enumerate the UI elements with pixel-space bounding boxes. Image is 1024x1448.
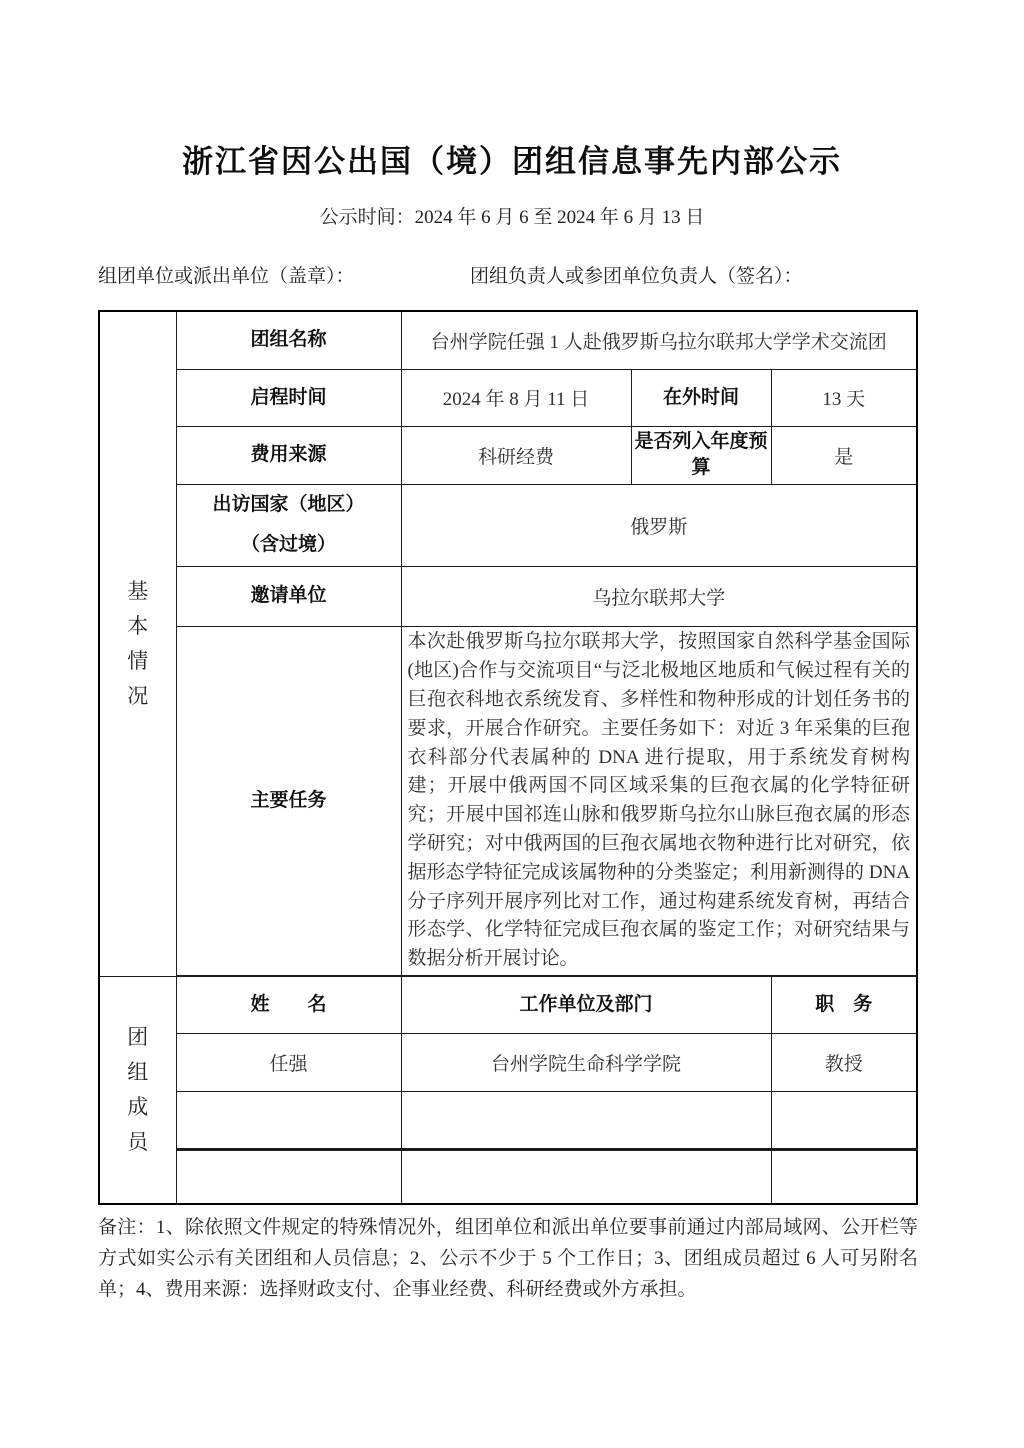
leader-signature-label: 团组负责人或参团单位负责人（签名）： xyxy=(470,261,803,288)
days-abroad-value: 13 天 xyxy=(771,369,917,426)
member-row xyxy=(99,1149,917,1204)
destination-label-line1: 出访国家（地区） xyxy=(177,485,401,525)
member-name xyxy=(176,1091,401,1149)
info-table: 基本情况 团组名称 台州学院任强 1 人赴俄罗斯乌拉尔联邦大学学术交流团 启程时… xyxy=(98,310,918,1205)
organizer-seal-label: 组团单位或派出单位（盖章）： xyxy=(98,261,355,288)
member-title xyxy=(771,1149,917,1204)
departure-date-label: 启程时间 xyxy=(176,369,401,426)
basic-info-vertical-text: 基本情况 xyxy=(126,574,149,714)
member-row xyxy=(99,1091,917,1149)
row-funding: 费用来源 科研经费 是否列入年度预算 是 xyxy=(99,426,917,484)
annual-budget-label: 是否列入年度预算 xyxy=(631,426,771,484)
destination-label-line2: （含过境） xyxy=(177,525,401,565)
member-title xyxy=(771,1091,917,1149)
member-header-title: 职 务 xyxy=(771,976,917,1033)
group-name-label: 团组名称 xyxy=(176,311,401,369)
destination-value: 俄罗斯 xyxy=(401,484,917,566)
row-departure: 启程时间 2024 年 8 月 11 日 在外时间 13 天 xyxy=(99,369,917,426)
member-unit xyxy=(401,1091,771,1149)
row-group-name: 基本情况 团组名称 台州学院任强 1 人赴俄罗斯乌拉尔联邦大学学术交流团 xyxy=(99,311,917,369)
funding-source-value: 科研经费 xyxy=(401,426,631,484)
inviting-unit-label: 邀请单位 xyxy=(176,566,401,626)
inviting-unit-value: 乌拉尔联邦大学 xyxy=(401,566,917,626)
row-main-tasks: 主要任务 本次赴俄罗斯乌拉尔联邦大学，按照国家自然科学基金国际(地区)合作与交流… xyxy=(99,626,917,976)
row-destination: 出访国家（地区） （含过境） 俄罗斯 xyxy=(99,484,917,566)
funding-source-label: 费用来源 xyxy=(176,426,401,484)
main-tasks-value: 本次赴俄罗斯乌拉尔联邦大学，按照国家自然科学基金国际(地区)合作与交流项目“与泛… xyxy=(402,627,917,974)
member-unit: 台州学院生命科学学院 xyxy=(401,1033,771,1091)
row-member-headers: 团组成员 姓 名 工作单位及部门 职 务 xyxy=(99,976,917,1033)
member-header-unit: 工作单位及部门 xyxy=(401,976,771,1033)
member-row: 任强 台州学院生命科学学院 教授 xyxy=(99,1033,917,1091)
departure-date-value: 2024 年 8 月 11 日 xyxy=(401,369,631,426)
member-title: 教授 xyxy=(771,1033,917,1091)
main-tasks-label: 主要任务 xyxy=(176,626,401,976)
section-label-members: 团组成员 xyxy=(99,976,176,1204)
member-name xyxy=(176,1149,401,1204)
footnote: 备注：1、除依照文件规定的特殊情况外，组团单位和派出单位要事前通过内部局域网、公… xyxy=(98,1212,918,1305)
page-title: 浙江省因公出国（境）团组信息事先内部公示 xyxy=(0,136,1024,181)
group-name-value: 台州学院任强 1 人赴俄罗斯乌拉尔联邦大学学术交流团 xyxy=(401,311,917,369)
main-tasks-cell: 本次赴俄罗斯乌拉尔联邦大学，按照国家自然科学基金国际(地区)合作与交流项目“与泛… xyxy=(401,626,917,976)
seal-signature-line: 组团单位或派出单位（盖章）： 团组负责人或参团单位负责人（签名）： xyxy=(98,261,918,287)
member-header-name: 姓 名 xyxy=(176,976,401,1033)
publicity-period: 公示时间：2024 年 6 月 6 至 2024 年 6 月 13 日 xyxy=(0,202,1024,229)
member-name: 任强 xyxy=(176,1033,401,1091)
members-vertical-text: 团组成员 xyxy=(126,1020,149,1160)
annual-budget-value: 是 xyxy=(771,426,917,484)
member-unit xyxy=(401,1149,771,1204)
section-label-basic-info: 基本情况 xyxy=(99,311,176,976)
days-abroad-label: 在外时间 xyxy=(631,369,771,426)
destination-label: 出访国家（地区） （含过境） xyxy=(176,484,401,566)
row-inviter: 邀请单位 乌拉尔联邦大学 xyxy=(99,566,917,626)
document-page: 浙江省因公出国（境）团组信息事先内部公示 公示时间：2024 年 6 月 6 至… xyxy=(0,0,1024,1448)
